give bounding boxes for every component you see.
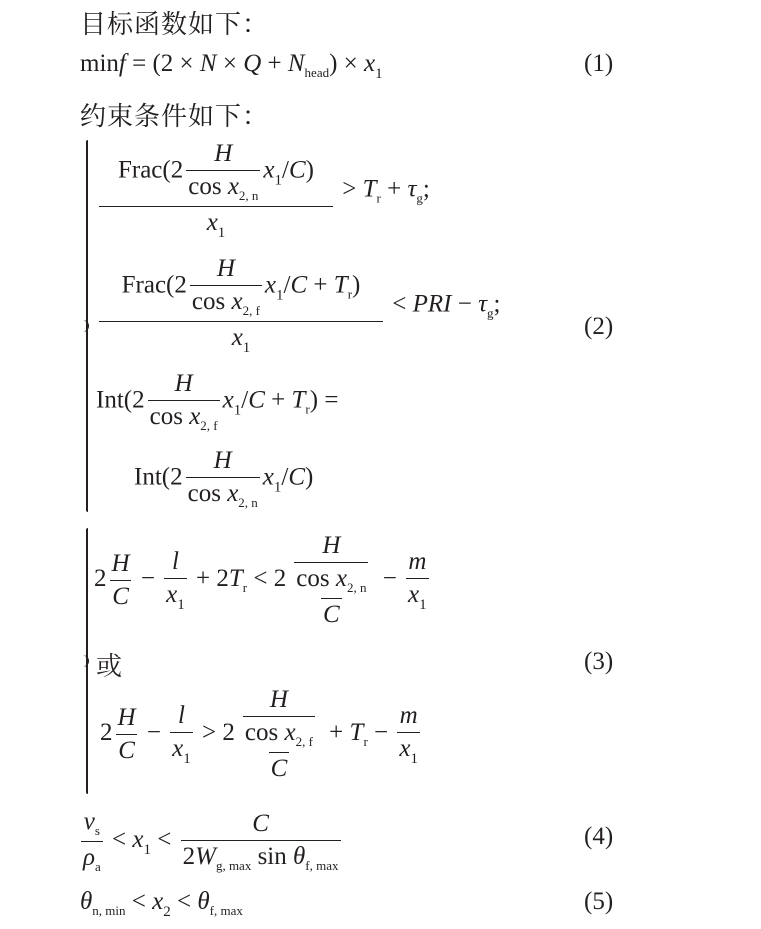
equation-5: θn, min < x2 < θf, max <box>80 888 243 921</box>
or-label: 或 <box>96 646 123 683</box>
objective-heading: 目标函数如下： <box>80 4 269 41</box>
equation-2-line-1: Frac(2Hcos x2, nx1/C)x1 > Tr + τg; <box>96 140 430 242</box>
equation-number-1: (1) <box>584 50 613 78</box>
equation-2-line-3a: Int(2Hcos x2, fx1/C + Tr) = <box>96 370 338 434</box>
equation-number-2: (2) <box>584 313 613 341</box>
equation-number-5: (5) <box>584 888 613 916</box>
constraints-heading: 约束条件如下： <box>80 96 269 133</box>
equation-1: minf = (2 × N × Q + Nhead) × x1 <box>80 50 383 83</box>
equation-3-line-2: 2HC − lx1 > 2Hcos x2, fC + Tr − mx1 <box>100 686 423 783</box>
equation-number-3: (3) <box>584 648 613 676</box>
equation-number-4: (4) <box>584 823 613 851</box>
equation-3-line-1: 2HC − lx1 + 2Tr < 2Hcos x2, nC − mx1 <box>94 532 432 629</box>
left-brace-eq3 <box>86 528 88 794</box>
equation-2-line-2: Frac(2Hcos x2, fx1/C + Tr)x1 < PRI − τg; <box>96 255 501 357</box>
equation-2-line-3b: Int(2Hcos x2, nx1/C) <box>134 447 313 511</box>
left-brace-eq2 <box>86 140 88 512</box>
equation-4: vsρa < x1 < C2Wg, max sin θf, max <box>78 808 344 875</box>
